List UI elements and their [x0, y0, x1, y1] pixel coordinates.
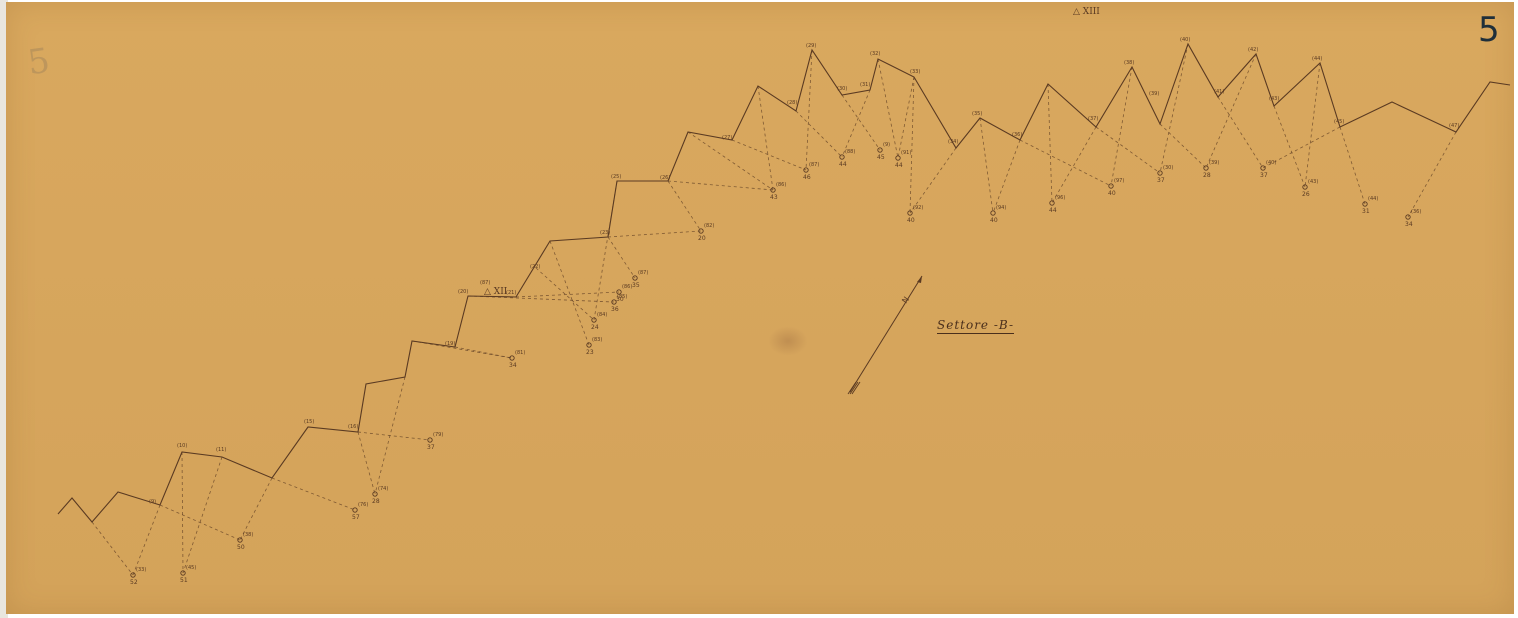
sight-line — [608, 237, 635, 278]
sight-line — [1305, 63, 1320, 187]
svg-text:(84): (84) — [597, 312, 607, 318]
station-point: (97)40 — [1108, 178, 1124, 197]
triangle-marker-xii: △ XII — [484, 287, 508, 297]
station-point: (36)34 — [1405, 209, 1421, 228]
station-point: (9)45 — [877, 142, 890, 161]
svg-text:(74): (74) — [378, 486, 388, 492]
station-point: (84)24 — [591, 312, 607, 331]
vertex-label: (25) — [611, 174, 621, 180]
svg-text:(36): (36) — [1411, 209, 1421, 215]
vertex-label: (40) — [1180, 37, 1190, 43]
svg-text:(86): (86) — [776, 182, 786, 188]
svg-text:20: 20 — [698, 235, 706, 242]
vertex-label: (31) — [860, 82, 870, 88]
svg-text:51: 51 — [180, 577, 188, 584]
svg-text:(94): (94) — [996, 205, 1006, 211]
vertex-label: (30) — [837, 86, 847, 92]
svg-text:28: 28 — [1203, 172, 1211, 179]
vertex-label: (45) — [1334, 119, 1344, 125]
svg-text:43: 43 — [770, 194, 778, 201]
svg-text:40: 40 — [907, 217, 915, 224]
sight-line — [758, 86, 773, 190]
svg-text:(86): (86) — [622, 284, 632, 290]
sight-line — [133, 505, 160, 575]
svg-text:24: 24 — [591, 324, 599, 331]
sight-line — [358, 432, 430, 440]
sight-line — [160, 505, 240, 540]
station-point: (86)43 — [770, 182, 786, 201]
svg-text:(45): (45) — [186, 565, 196, 571]
svg-text:44: 44 — [839, 161, 847, 168]
station-point: (81)34 — [509, 350, 525, 369]
sight-line — [92, 522, 133, 575]
vertex-label: (42) — [1248, 47, 1258, 53]
sight-line — [842, 95, 880, 150]
dashed-sight-lines — [92, 44, 1456, 575]
station-point: (74)28 — [372, 486, 388, 505]
station-points: (33)52(45)51(38)50(76)57(74)28(79)37(81)… — [130, 142, 1421, 586]
svg-text:(38): (38) — [243, 532, 253, 538]
svg-text:45: 45 — [877, 154, 885, 161]
svg-text:34: 34 — [1405, 221, 1413, 228]
sight-line — [1274, 106, 1305, 187]
vertex-label: (37) — [1088, 116, 1098, 122]
station-point: (82)20 — [698, 223, 714, 242]
vertex-label: (35) — [972, 111, 982, 117]
station-point: (96)44 — [1049, 195, 1065, 214]
svg-text:37: 37 — [427, 444, 435, 451]
sight-line — [993, 140, 1020, 213]
north-arrow: N — [848, 276, 922, 394]
svg-text:46: 46 — [803, 174, 811, 181]
sight-line — [1206, 54, 1256, 168]
sight-line — [550, 241, 589, 345]
sight-line — [910, 77, 914, 213]
vertex-label: (20) — [458, 289, 468, 295]
station-point: (45)51 — [180, 565, 196, 584]
sight-line — [1340, 127, 1365, 204]
vertex-label: (23) — [600, 230, 610, 236]
vertex-label: (10) — [177, 443, 187, 449]
sight-line — [1096, 127, 1160, 173]
sight-line — [1048, 84, 1052, 203]
station-point: (30)37 — [1157, 165, 1173, 184]
svg-text:28: 28 — [372, 498, 380, 505]
sight-line — [1218, 97, 1263, 168]
traverse-drawing: (10)(11)(9)(15)(16)(19)(20)(21)(22)(23)(… — [0, 0, 1518, 618]
traverse-polyline — [58, 44, 1510, 522]
sight-line — [375, 377, 405, 494]
sight-line — [608, 231, 701, 237]
vertex-labels: (10)(11)(9)(15)(16)(19)(20)(21)(22)(23)(… — [149, 37, 1459, 505]
sight-line — [910, 148, 956, 213]
sight-line — [980, 118, 993, 213]
vertex-label: (39) — [1149, 91, 1159, 97]
station-point: (87)35 — [632, 270, 648, 289]
station-point: (88)44 — [839, 149, 855, 168]
sight-line — [182, 452, 183, 573]
station-point: (79)37 — [427, 432, 443, 451]
svg-text:(33): (33) — [136, 567, 146, 573]
svg-text:(30): (30) — [1163, 165, 1173, 171]
station-point: (92)40 — [907, 205, 923, 224]
vertex-label: (41) — [1214, 89, 1224, 95]
vertex-label: (16) — [348, 424, 358, 430]
svg-text:34: 34 — [509, 362, 517, 369]
svg-text:23: 23 — [586, 349, 594, 356]
sight-line — [272, 478, 355, 510]
station-point: (91)44 — [895, 150, 911, 169]
svg-text:36: 36 — [611, 306, 619, 313]
svg-text:44: 44 — [1049, 207, 1057, 214]
svg-text:40: 40 — [1108, 190, 1116, 197]
svg-text:(88): (88) — [845, 149, 855, 155]
svg-text:△ XIII: △ XIII — [1073, 7, 1100, 17]
svg-text:(92): (92) — [913, 205, 923, 211]
sight-line — [668, 181, 773, 190]
sight-line — [732, 140, 806, 170]
station-point: (39)28 — [1203, 160, 1219, 179]
sight-line — [668, 181, 701, 231]
svg-text:(40): (40) — [1266, 160, 1276, 166]
station-point: (40)37 — [1260, 160, 1276, 179]
svg-text:(87): (87) — [809, 162, 819, 168]
station-point: (87)46 — [803, 162, 819, 181]
svg-text:35: 35 — [632, 282, 640, 289]
sight-line — [240, 478, 272, 540]
station-point: (44)31 — [1362, 196, 1378, 215]
svg-text:(83): (83) — [592, 337, 602, 343]
station-point: (83)23 — [586, 337, 602, 356]
svg-text:(39): (39) — [1209, 160, 1219, 166]
vertex-label: (44) — [1312, 56, 1322, 62]
sight-line — [1408, 132, 1456, 217]
station-point: (43)26 — [1302, 179, 1318, 198]
vertex-label: (26) — [660, 175, 670, 181]
svg-text:(96): (96) — [1055, 195, 1065, 201]
svg-text:(79): (79) — [433, 432, 443, 438]
vertex-label: (21) — [506, 290, 516, 296]
svg-text:57: 57 — [352, 514, 360, 521]
sight-line — [1052, 127, 1096, 203]
svg-text:△ XII: △ XII — [484, 287, 508, 297]
svg-text:(87): (87) — [638, 270, 648, 276]
vertex-label: (28) — [787, 100, 797, 106]
vertex-label: (33) — [910, 69, 920, 75]
svg-text:(9): (9) — [883, 142, 890, 148]
svg-text:40: 40 — [990, 217, 998, 224]
vertex-label: (87) — [480, 280, 490, 286]
triangle-marker-top: △ XIII — [1073, 7, 1100, 17]
sight-line — [796, 111, 842, 157]
sight-line — [358, 432, 375, 494]
svg-text:(44): (44) — [1368, 196, 1378, 202]
svg-text:50: 50 — [237, 544, 245, 551]
vertex-label: (38) — [1124, 60, 1134, 66]
sight-line — [536, 268, 594, 320]
svg-text:(91): (91) — [901, 150, 911, 156]
svg-text:37: 37 — [1157, 177, 1165, 184]
vertex-label: (34) — [948, 139, 958, 145]
svg-text:(76): (76) — [358, 502, 368, 508]
vertex-label: (47) — [1449, 123, 1459, 129]
vertex-label: (11) — [216, 447, 226, 453]
vertex-label: (36) — [1012, 132, 1022, 138]
station-point: (33)52 — [130, 567, 146, 586]
vertex-label: (19) — [445, 341, 455, 347]
vertex-label: (32) — [870, 51, 880, 57]
station-point: (38)50 — [237, 532, 253, 551]
svg-text:(81): (81) — [515, 350, 525, 356]
svg-text:44: 44 — [895, 162, 903, 169]
sight-line — [842, 90, 870, 157]
vertex-label: (9) — [149, 499, 156, 505]
svg-text:31: 31 — [1362, 208, 1370, 215]
svg-text:(82): (82) — [704, 223, 714, 229]
vertex-label: (29) — [806, 43, 816, 49]
vertex-label: (15) — [304, 419, 314, 425]
sight-line — [1160, 44, 1188, 173]
vertex-label: (22) — [530, 264, 540, 270]
svg-text:37: 37 — [1260, 172, 1268, 179]
svg-text:(97): (97) — [1114, 178, 1124, 184]
vertex-label: (27) — [722, 135, 732, 141]
svg-text:26: 26 — [1302, 191, 1310, 198]
vertex-label: (43) — [1269, 96, 1279, 102]
sight-line — [183, 457, 222, 573]
sight-line — [1160, 124, 1206, 168]
svg-text:30: 30 — [616, 296, 624, 303]
station-point: (76)57 — [352, 502, 368, 521]
svg-text:52: 52 — [130, 579, 138, 586]
svg-text:(43): (43) — [1308, 179, 1318, 185]
